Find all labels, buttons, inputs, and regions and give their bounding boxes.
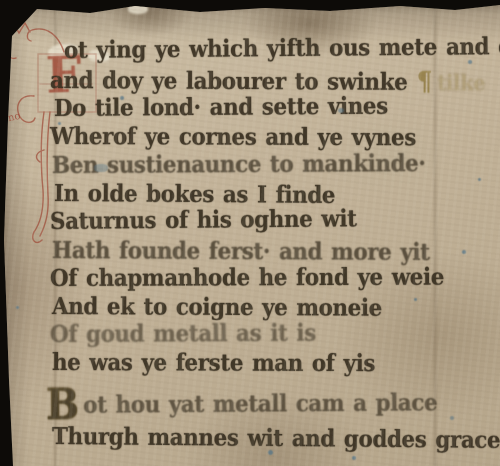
- ink-speck: [338, 108, 344, 113]
- text-line: In olde bokes as I finde: [54, 181, 335, 209]
- ink-speck: [414, 298, 417, 301]
- text-line-words: ot hou yat metall cam a place: [83, 389, 437, 418]
- text-line: Hath founde ferst· and more yit: [52, 238, 430, 266]
- ink-speck: [478, 178, 481, 181]
- ink-speck: [16, 306, 19, 309]
- gold-initial-letter: B: [46, 388, 79, 422]
- text-line: And ek to coigne ye moneie: [52, 294, 382, 322]
- manuscript-scan: F no ot ying ye which yifth ous mete and…: [0, 0, 500, 466]
- text-line: Ben sustienaunce to mankinde·: [52, 151, 426, 179]
- ink-speck: [268, 450, 273, 455]
- damage-patch: [128, 4, 148, 14]
- text-line-words: and doy ye labourer to swinke: [50, 67, 408, 96]
- ink-speck: [352, 456, 356, 460]
- parchment-fragment: F no ot ying ye which yifth ous mete and…: [0, 0, 500, 466]
- text-line: Of goud metall as it is: [50, 321, 316, 348]
- text-line: Bot hou yat metall cam a place: [46, 385, 437, 421]
- faint-gold-word: tilke: [437, 70, 485, 95]
- text-line: and doy ye labourer to swinke¶tilke: [50, 67, 485, 96]
- ink-speck: [450, 416, 454, 420]
- text-line: Thurgh mannes wit and goddes grace: [52, 424, 500, 454]
- ink-speck: [58, 122, 61, 125]
- ink-speck: [120, 96, 124, 100]
- ink-speck: [462, 250, 466, 254]
- text-line: Saturnus of his oghne wit: [50, 206, 357, 235]
- text-line: Wherof ye cornes and ye vynes: [50, 124, 416, 151]
- text-line: Of chapmanhode he fond ye weie: [50, 265, 444, 292]
- gold-paraph-mark: ¶: [417, 67, 432, 97]
- ink-speck: [468, 60, 472, 64]
- text-line: he was ye ferste man of yis: [52, 350, 375, 377]
- text-line: ot ying ye which yifth ous mete and dr: [64, 34, 500, 64]
- ink-smudge: [94, 164, 108, 172]
